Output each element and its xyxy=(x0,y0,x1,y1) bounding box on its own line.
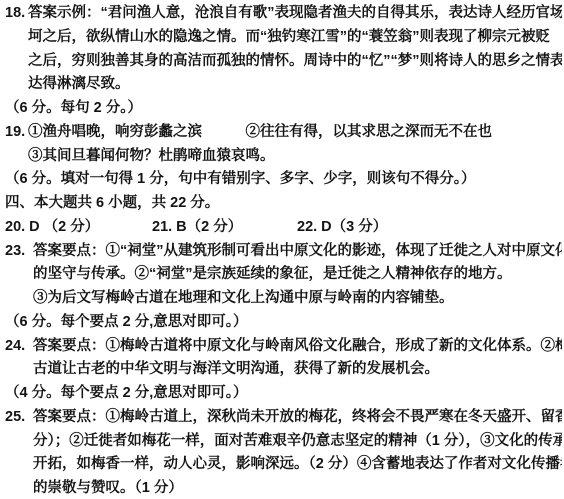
item18-score-note: （6 分。每句 2 分。） xyxy=(5,97,562,121)
item24-line1: 24.答案要点：①梅岭古道将中原文化与岭南风俗文化融合，形成了新的文化体系。②梅… xyxy=(5,335,562,359)
answer-20: 20. D （2 分） xyxy=(5,216,152,240)
answer-21: 21. B（2 分） xyxy=(152,216,297,240)
item19-number: 19. xyxy=(5,121,28,145)
item18-line3: 之后，穷则独善其身的高洁而孤独的情怀。周诗中的“忆”“梦”则将诗人的思乡之情表 xyxy=(5,50,562,74)
item25-line1-text: 答案要点：①梅岭古道上，深秋尚未开放的梅花，终将会不畏严寒在冬天盛开、留香（1 xyxy=(33,409,562,425)
item24-line1-text: 答案要点：①梅岭古道将中原文化与岭南风俗文化融合，形成了新的文化体系。②梅岭 xyxy=(33,338,562,354)
item25-line2: 分）；②迁徙者如梅花一样，面对苦难艰辛仍意志坚定的精神（1 分），③文化的传承与 xyxy=(5,430,562,454)
item24-line2: 古道让古老的中华文明与海洋文明沟通，获得了新的发展机会。 xyxy=(5,358,562,382)
item25-line1: 25.答案要点：①梅岭古道上，深秋尚未开放的梅花，终将会不畏严寒在冬天盛开、留香… xyxy=(5,406,562,430)
item18-line2: 坷之后，欲纵情山水的隐逸之情。而“独钓寒江雪”的“蓑笠翁”则表现了柳宗元被贬 xyxy=(5,26,562,50)
section-4-header: 四、本大题共 6 小题，共 22 分。 xyxy=(5,192,562,216)
item18-line1-text: 答案示例：“君问渔人意，沧浪自有歌”表现隐者渔夫的自得其乐，表达诗人经历官场坎 xyxy=(28,5,562,21)
item25-line3: 开拓，如梅香一样，动人心灵，影响深远。（2 分）④含蓄地表达了作者对文化传播者 xyxy=(5,453,562,477)
item23-line3: ③为后文写梅岭古道在地理和文化上沟通中原与岭南的内容铺垫。 xyxy=(5,287,562,311)
item18-line1: 18.答案示例：“君问渔人意，沧浪自有歌”表现隐者渔夫的自得其乐，表达诗人经历官… xyxy=(5,2,562,26)
item23-number: 23. xyxy=(5,240,33,264)
choice-answers-row: 20. D （2 分）21. B（2 分）22. D（3 分） xyxy=(5,216,562,240)
item19-score-note: （6 分。填对一句得 1 分，句中有错别字、多字、少字，则该句不得分。） xyxy=(5,168,562,192)
item24-number: 24. xyxy=(5,335,33,359)
item18-line4: 达得淋漓尽致。 xyxy=(5,73,562,97)
item23-line1: 23.答案要点：①“祠堂”从建筑形制可看出中原文化的影迹，体现了迁徙之人对中原文… xyxy=(5,240,562,264)
answer-22: 22. D（3 分） xyxy=(297,216,387,240)
item19-line1-text: ①渔舟唱晚，响穷彭蠡之滨 ②往往有得，以其求思之深而无不在也 xyxy=(28,124,492,140)
item23-score-note: （6 分。每个要点 2 分,意思对即可。） xyxy=(5,311,562,335)
item23-line1-text: 答案要点：①“祠堂”从建筑形制可看出中原文化的影迹，体现了迁徙之人对中原文化 xyxy=(33,243,562,259)
item23-line2: 的坚守与传承。②“祠堂”是宗族延续的象征，是迁徙之人精神依存的地方。 xyxy=(5,263,562,287)
answer-key-page: 18.答案示例：“君问渔人意，沧浪自有歌”表现隐者渔夫的自得其乐，表达诗人经历官… xyxy=(0,0,564,499)
item25-number: 25. xyxy=(5,406,33,430)
item24-score-note: （4 分。每个要点 2 分,意思对即可。） xyxy=(5,382,562,406)
item19-line1: 19.①渔舟唱晚，响穷彭蠡之滨 ②往往有得，以其求思之深而无不在也 xyxy=(5,121,562,145)
item19-line2: ③其间旦暮闻何物？杜鹃啼血猿哀鸣。 xyxy=(5,145,562,169)
item18-number: 18. xyxy=(5,2,28,26)
item25-line4: 的崇敬与赞叹。（1 分） xyxy=(5,477,562,499)
